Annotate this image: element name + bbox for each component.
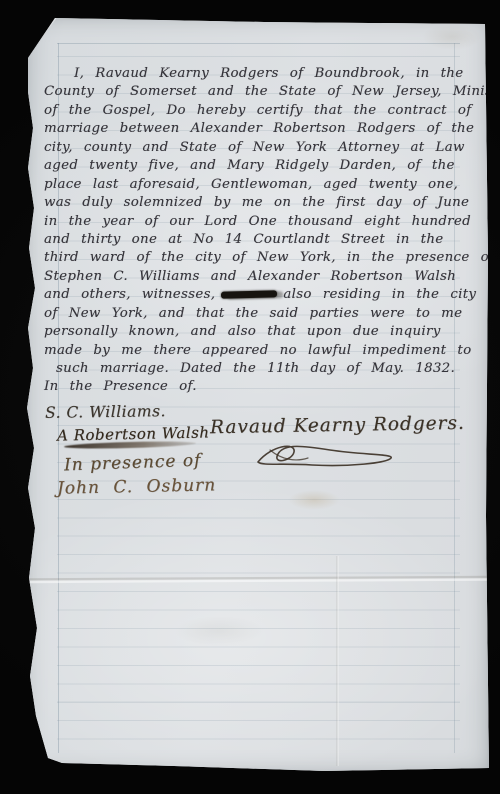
- certificate-line: and thirty one at No 14 Courtlandt Stree…: [44, 231, 468, 249]
- certificate-line: aged twenty five, and Mary Ridgely Darde…: [44, 157, 468, 175]
- photo-background: I, Ravaud Kearny Rodgers of Boundbrook, …: [0, 0, 500, 794]
- top-margin-rule: [57, 43, 460, 44]
- certificate-line: was duly solemnized by me on the first d…: [44, 194, 468, 212]
- signature-williams: S. C. Williams.: [45, 402, 166, 422]
- certificate-line: personally known, and also that upon due…: [44, 323, 468, 341]
- witness-line-before: and others, witnesses,: [44, 287, 215, 302]
- certificate-line: of the Gospel, Do hereby certify that th…: [44, 102, 468, 120]
- witness-line-after: also residing in the city: [283, 287, 476, 302]
- paper-stain: [288, 490, 340, 510]
- certificate-line: In the Presence of.: [44, 378, 468, 396]
- certificate-line: city, county and State of New York Attor…: [44, 139, 468, 157]
- paper-stain: [174, 616, 264, 646]
- certificate-line-witnesses: and others, witnesses,also residing in t…: [44, 286, 468, 304]
- signature-osburn: John C. Osburn: [57, 475, 217, 498]
- certificate-line: place last aforesaid, Gentlewoman, aged …: [44, 176, 468, 194]
- certificate-line: I, Ravaud Kearny Rodgers of Boundbrook, …: [44, 65, 468, 83]
- certificate-line: in the year of our Lord One thousand eig…: [44, 213, 468, 231]
- certificate-body: I, Ravaud Kearny Rodgers of Boundbrook, …: [44, 65, 468, 397]
- signature-rodgers: Ravaud Kearny Rodgers.: [210, 413, 465, 438]
- certificate-line: County of Somerset and the State of New …: [44, 83, 468, 101]
- paper-stain: [422, 24, 482, 50]
- certificate-line: third ward of the city of New York, in t…: [44, 249, 468, 267]
- certificate-line: made by me there appeared no lawful impe…: [44, 342, 468, 360]
- certificate-line: Stephen C. Williams and Alexander Robert…: [44, 268, 468, 286]
- certificate-line: of New York, and that the said parties w…: [44, 305, 468, 323]
- certificate-line: marriage between Alexander Robertson Rod…: [44, 120, 468, 138]
- signature-flourish-icon: [252, 440, 402, 474]
- certificate-paper: I, Ravaud Kearny Rodgers of Boundbrook, …: [24, 16, 490, 774]
- certificate-line: such marriage. Dated the 11th day of May…: [44, 360, 468, 378]
- ink-blot-icon: [221, 291, 277, 299]
- vertical-fold-crease: [336, 556, 339, 766]
